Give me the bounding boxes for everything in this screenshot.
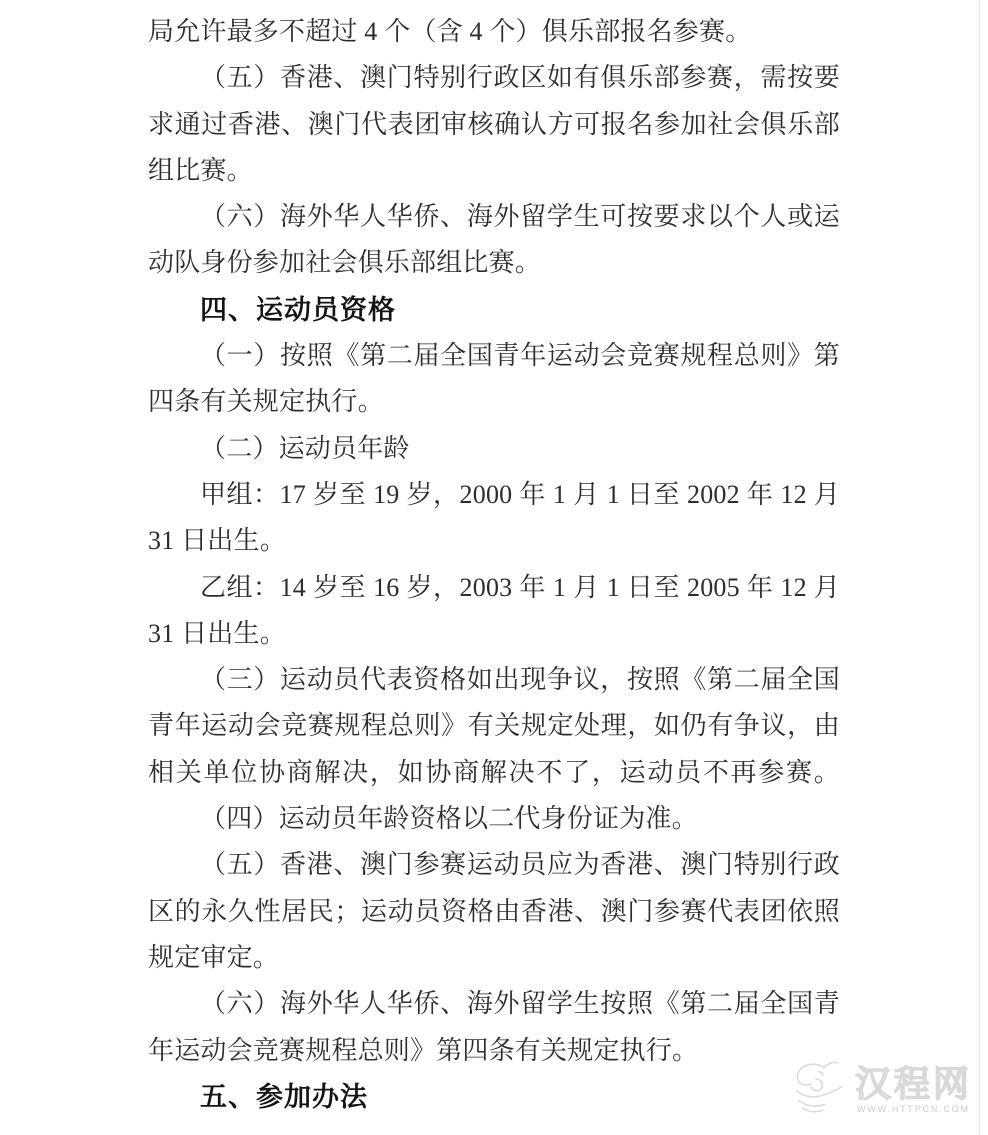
section-heading: 五、参加办法: [148, 1074, 840, 1120]
text-line: （五）香港、澳门参赛运动员应为香港、澳门特别行政: [148, 842, 840, 888]
scan-edge-divider: [979, 0, 980, 1135]
text-line: （四）运动员年龄资格以二代身份证为准。: [148, 796, 840, 842]
section-heading: 四、运动员资格: [148, 287, 840, 333]
text-line: （五）香港、澳门特别行政区如有俱乐部参赛，需按要: [148, 55, 840, 101]
document-body: 局允许最多不超过 4 个（含 4 个）俱乐部报名参赛。（五）香港、澳门特别行政区…: [148, 9, 840, 1120]
text-line: 区的永久性居民；运动员资格由香港、澳门参赛代表团依照: [148, 889, 840, 935]
text-line: 青年运动会竞赛规程总则》有关规定处理，如仍有争议，由: [148, 703, 840, 749]
text-line: 31 日出生。: [148, 611, 840, 657]
text-line: 四条有关规定执行。: [148, 379, 840, 425]
text-line: 局允许最多不超过 4 个（含 4 个）俱乐部报名参赛。: [148, 9, 840, 55]
text-line: 动队身份参加社会俱乐部组比赛。: [148, 240, 840, 286]
text-line: 相关单位协商解决，如协商解决不了，运动员不再参赛。: [148, 750, 840, 796]
watermark-text-block: 汉程网 WWW.HTTPCN.COM: [855, 1066, 972, 1114]
text-line: （三）运动员代表资格如出现争议，按照《第二届全国: [148, 657, 840, 703]
text-line: 31 日出生。: [148, 518, 840, 564]
text-line: （六）海外华人华侨、海外留学生可按要求以个人或运: [148, 194, 840, 240]
text-line: 组比赛。: [148, 148, 840, 194]
text-line: 甲组：17 岁至 19 岁，2000 年 1 月 1 日至 2002 年 12 …: [148, 472, 840, 518]
watermark-url: WWW.HTTPCN.COM: [857, 1105, 970, 1114]
text-line: 年运动会竞赛规程总则》第四条有关规定执行。: [148, 1028, 840, 1074]
watermark-brand: 汉程网: [855, 1066, 972, 1102]
text-line: （六）海外华人华侨、海外留学生按照《第二届全国青: [148, 981, 840, 1027]
text-line: 求通过香港、澳门代表团审核确认方可报名参加社会俱乐部: [148, 102, 840, 148]
text-line: 规定审定。: [148, 935, 840, 981]
text-line: （一）按照《第二届全国青年运动会竞赛规程总则》第: [148, 333, 840, 379]
text-line: 乙组：14 岁至 16 岁，2003 年 1 月 1 日至 2005 年 12 …: [148, 565, 840, 611]
document-page: { "page": { "background": "#ffffff", "wi…: [0, 0, 988, 1135]
text-line: （二）运动员年龄: [148, 426, 840, 472]
